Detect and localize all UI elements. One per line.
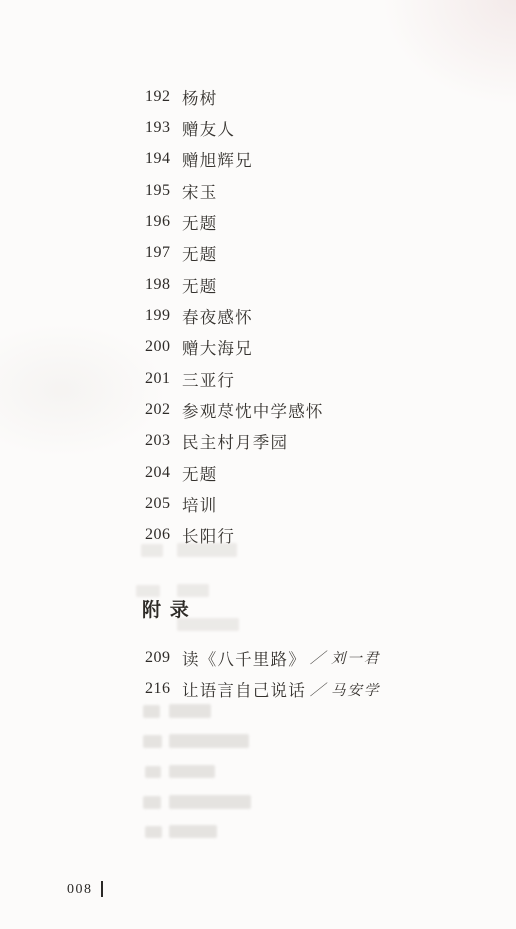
folio-number: 008 — [67, 882, 93, 898]
bleed-through-text — [143, 796, 161, 809]
toc-entry: 199 春夜感怀 — [145, 300, 324, 331]
appendix-entry-page-number: 209 — [145, 649, 182, 667]
toc-entry-title: 民主村月季园 — [182, 429, 288, 453]
toc-entry-page-number: 200 — [145, 338, 182, 356]
appendix-entry: 209 读《八千里路》 ／ 刘一君 — [145, 642, 380, 673]
toc-entry-title: 赠旭辉兄 — [182, 147, 253, 171]
appendix-entry-separator: ／ — [310, 647, 325, 668]
toc-entry-title: 三亚行 — [182, 367, 235, 391]
appendix-entry-author: 马安学 — [331, 679, 381, 700]
toc-entry-page-number: 206 — [145, 526, 182, 544]
appendix-entry-title: 让语言自己说话 — [182, 677, 306, 701]
toc-list: 192 杨树 193 赠友人 194 赠旭辉兄 195 宋玉 196 无题 19… — [145, 81, 324, 551]
bleed-through-text — [143, 735, 162, 748]
toc-entry: 200 赠大海兄 — [145, 332, 324, 363]
toc-entry-page-number: 195 — [145, 182, 182, 200]
bleed-through-text — [177, 543, 237, 557]
toc-entry: 192 杨树 — [145, 81, 324, 112]
toc-entry: 195 宋玉 — [145, 175, 324, 206]
toc-entry-title: 春夜感怀 — [182, 304, 253, 328]
toc-entry: 196 无题 — [145, 206, 324, 237]
toc-entry-title: 赠友人 — [182, 116, 235, 140]
toc-entry-page-number: 193 — [145, 119, 182, 137]
bleed-through-text — [169, 734, 249, 748]
toc-entry-page-number: 192 — [145, 88, 182, 106]
page-footer: 008 — [67, 882, 103, 898]
toc-entry: 202 参观荩忱中学感怀 — [145, 394, 324, 425]
toc-entry-page-number: 196 — [145, 213, 182, 231]
bleed-through-text — [143, 705, 160, 718]
toc-entry-page-number: 198 — [145, 276, 182, 294]
folio-divider-bar — [101, 881, 103, 897]
appendix-entry-author: 刘一君 — [331, 647, 381, 668]
toc-entry-page-number: 202 — [145, 401, 182, 419]
toc-entry-title: 参观荩忱中学感怀 — [182, 398, 324, 422]
bleed-through-text — [169, 795, 251, 809]
bleed-through-text — [145, 826, 162, 838]
bleed-through-text — [169, 825, 217, 838]
toc-entry-title: 培训 — [182, 492, 217, 516]
bleed-through-text — [145, 766, 161, 778]
toc-entry-title: 无题 — [182, 273, 217, 297]
toc-entry: 193 赠友人 — [145, 112, 324, 143]
toc-entry-page-number: 203 — [145, 432, 182, 450]
appendix-list: 209 读《八千里路》 ／ 刘一君 216 让语言自己说话 ／ 马安学 — [145, 642, 380, 705]
book-page: 192 杨树 193 赠友人 194 赠旭辉兄 195 宋玉 196 无题 19… — [0, 0, 516, 929]
toc-entry-page-number: 201 — [145, 370, 182, 388]
toc-entry-page-number: 194 — [145, 150, 182, 168]
toc-entry-title: 杨树 — [182, 85, 217, 109]
toc-entry: 201 三亚行 — [145, 363, 324, 394]
toc-entry-title: 赠大海兄 — [182, 335, 253, 359]
appendix-entry-separator: ／ — [310, 679, 325, 700]
bleed-through-text — [169, 704, 211, 718]
toc-entry-page-number: 199 — [145, 307, 182, 325]
toc-entry-page-number: 197 — [145, 244, 182, 262]
toc-entry-title: 无题 — [182, 210, 217, 234]
appendix-entry-page-number: 216 — [145, 680, 182, 698]
toc-entry: 205 培训 — [145, 488, 324, 519]
appendix-entry: 216 让语言自己说话 ／ 马安学 — [145, 673, 380, 704]
appendix-entry-title: 读《八千里路》 — [182, 646, 306, 670]
toc-entry-title: 宋玉 — [182, 179, 217, 203]
toc-entry: 197 无题 — [145, 238, 324, 269]
toc-entry: 198 无题 — [145, 269, 324, 300]
bleed-through-text — [141, 544, 163, 557]
toc-entry-title: 无题 — [182, 241, 217, 265]
toc-entry: 203 民主村月季园 — [145, 426, 324, 457]
toc-entry: 204 无题 — [145, 457, 324, 488]
toc-entry-title: 无题 — [182, 461, 217, 485]
appendix-heading: 附 录 — [142, 595, 190, 622]
bleed-through-text — [169, 765, 215, 778]
toc-entry-page-number: 205 — [145, 495, 182, 513]
toc-entry: 194 赠旭辉兄 — [145, 144, 324, 175]
toc-entry-page-number: 204 — [145, 464, 182, 482]
